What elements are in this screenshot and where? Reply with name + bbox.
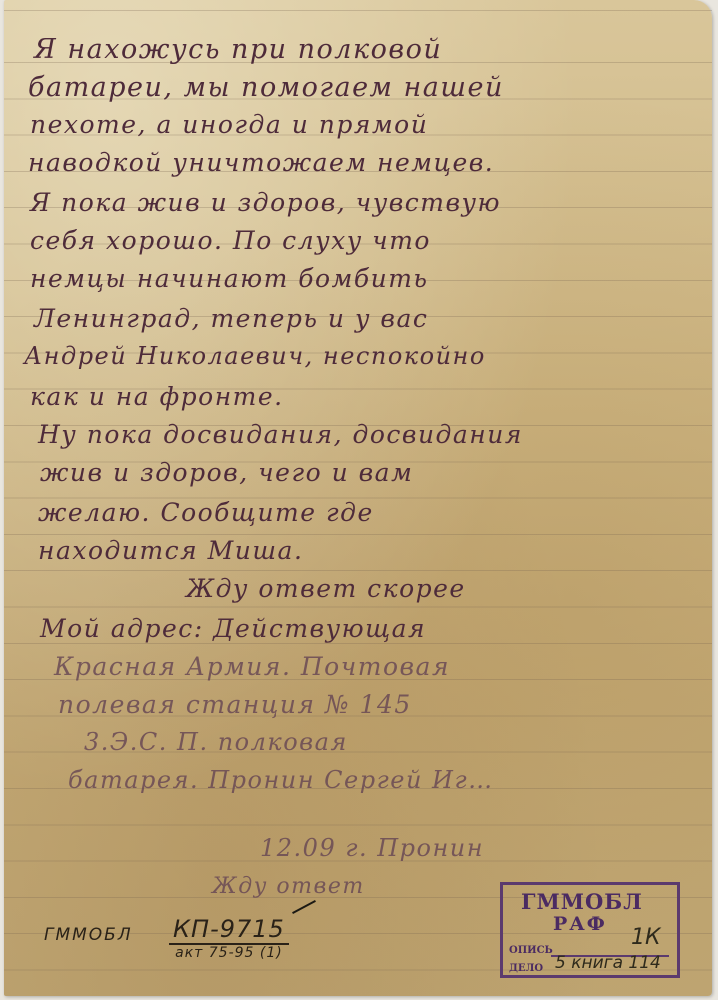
letter-line: пехоте, а иногда и прямой [30, 110, 428, 139]
letter-line: находится Миша. [38, 536, 303, 565]
letter-line: 12.09 г. Пронин [260, 834, 484, 862]
archive-stamp: ГММОБЛ РАФ ОПИСЬ 1К ДЕЛО 5 книга 114 [500, 882, 680, 978]
archive-code: ГММОБЛ [44, 925, 133, 945]
letter-line: Я пока жив и здоров, чувствую [30, 188, 501, 217]
letter-line: 3.Э.С. П. полковая [84, 728, 348, 756]
letter-line: Красная Армия. Почтовая [54, 652, 450, 681]
letter-line: как и на фронте. [30, 382, 284, 411]
act-number: акт 75-95 (1) [169, 945, 289, 961]
letter-line: Жду ответ скорее [186, 574, 466, 603]
stamp-subtitle: РАФ [553, 913, 607, 935]
letter-paper: Я нахожусь при полковой батареи, мы помо… [4, 0, 712, 996]
letter-line: Андрей Николаевич, неспокойно [24, 342, 486, 370]
letter-line: Я нахожусь при полковой [34, 34, 442, 65]
letter-line: Жду ответ [212, 874, 365, 899]
stamp-title: ГММОБЛ [521, 889, 643, 914]
letter-line: батарея. Пронин Сергей Иг… [68, 766, 494, 794]
stamp-delo-value: 5 книга 114 [555, 953, 661, 973]
letter-line: немцы начинают бомбить [30, 264, 429, 293]
letter-line: себя хорошо. По слуху что [30, 226, 431, 255]
stamp-opis-value: 1К [631, 925, 661, 950]
inventory-number: КП-9715 [169, 915, 289, 945]
stamp-opis-label: ОПИСЬ [509, 945, 553, 956]
stamp-delo-label: ДЕЛО [509, 963, 543, 974]
letter-line: желаю. Сообщите где [38, 498, 374, 527]
archive-number: КП-9715 акт 75-95 (1) [169, 915, 289, 961]
letter-line: жив и здоров, чего и вам [40, 458, 413, 487]
letter-line: Ленинград, теперь и у вас [34, 304, 428, 333]
letter-line: Мой адрес: Действующая [40, 614, 426, 643]
letter-line: Ну пока досвидания, досвидания [38, 420, 523, 449]
letter-line: полевая станция № 145 [58, 690, 412, 719]
letter-line: батареи, мы помогаем нашей [28, 72, 504, 103]
letter-line: наводкой уничтожаем немцев. [28, 148, 494, 177]
